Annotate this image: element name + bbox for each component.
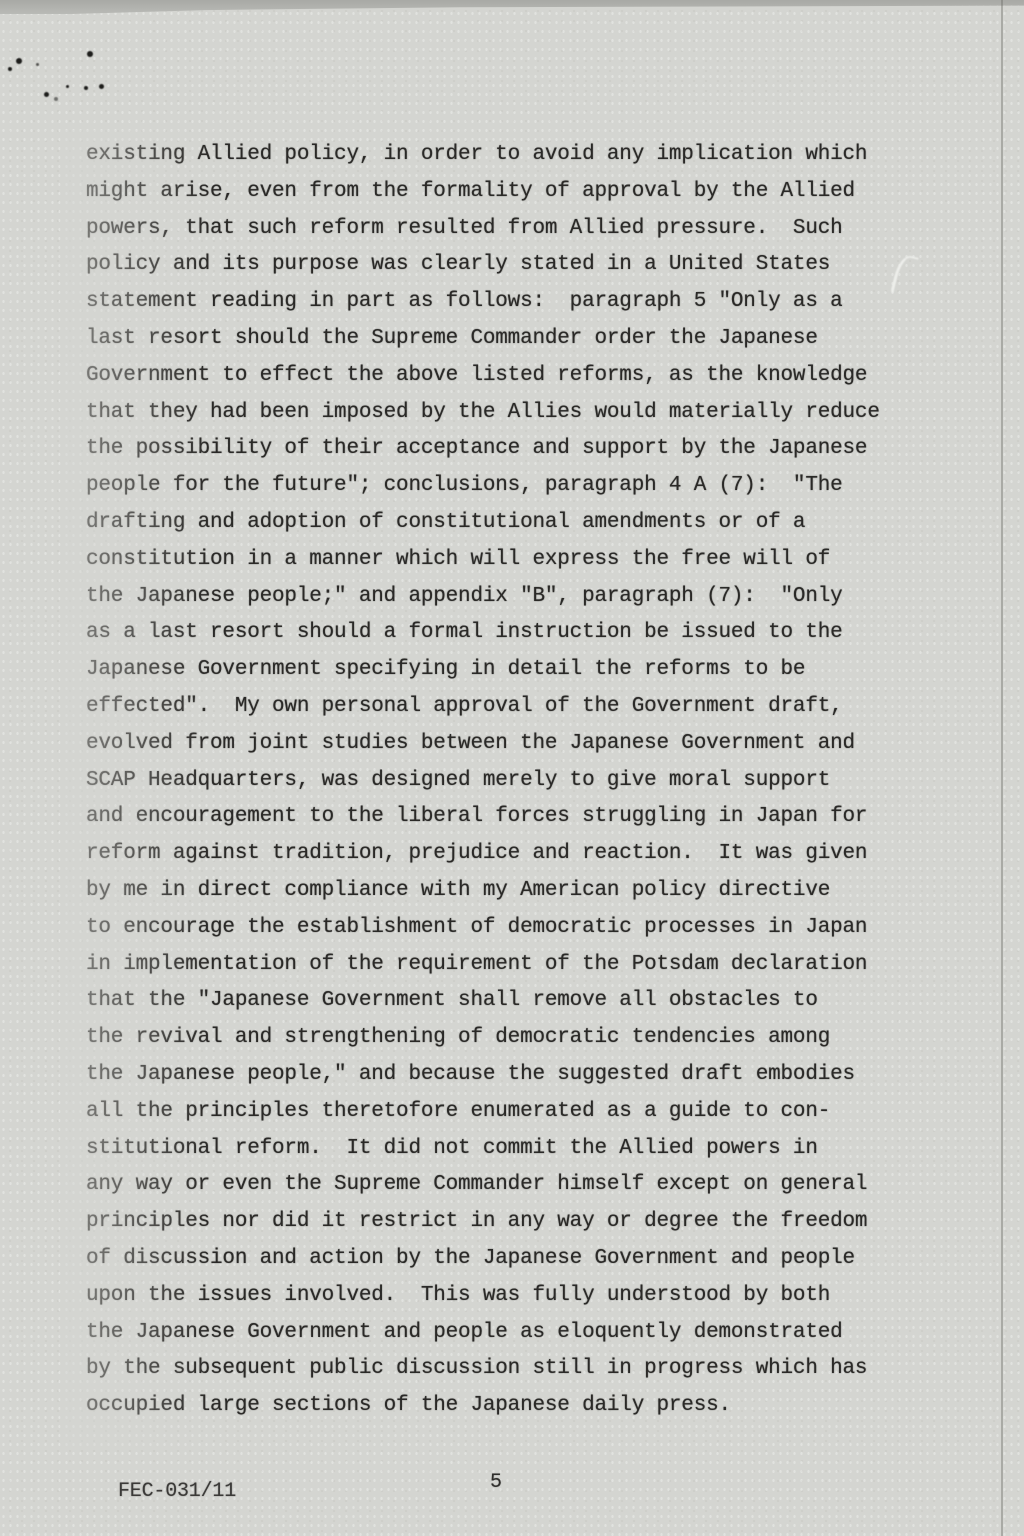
text-line: of discussion and action by the Japanese… bbox=[86, 1241, 966, 1278]
text-line: the Japanese people," and because the su… bbox=[86, 1057, 966, 1094]
speckle-dot bbox=[44, 92, 49, 97]
text-line: reform against tradition, prejudice and … bbox=[86, 836, 966, 873]
text-line: last resort should the Supreme Commander… bbox=[86, 321, 966, 358]
text-line: SCAP Headquarters, was designed merely t… bbox=[86, 763, 966, 800]
text-line: evolved from joint studies between the J… bbox=[86, 726, 966, 763]
text-line: that they had been imposed by the Allies… bbox=[86, 395, 966, 432]
speckle-dot bbox=[84, 86, 88, 90]
text-line: drafting and adoption of constitutional … bbox=[86, 505, 966, 542]
scanner-edge-shadow bbox=[0, 0, 1024, 14]
scanned-document-page: existing Allied policy, in order to avoi… bbox=[0, 0, 1024, 1536]
text-line: the Japanese Government and people as el… bbox=[86, 1315, 966, 1352]
text-line: the revival and strengthening of democra… bbox=[86, 1020, 966, 1057]
scan-artifact-line bbox=[1001, 0, 1003, 1536]
document-reference: FEC-031/11 bbox=[118, 1480, 236, 1503]
speckle-dot bbox=[16, 58, 22, 64]
speckle-dot bbox=[8, 67, 12, 71]
text-line: Government to effect the above listed re… bbox=[86, 358, 966, 395]
text-line: statement reading in part as follows: pa… bbox=[86, 284, 966, 321]
speckle-dot bbox=[54, 97, 58, 101]
text-line: and encouragement to the liberal forces … bbox=[86, 799, 966, 836]
text-line: all the principles theretofore enumerate… bbox=[86, 1094, 966, 1131]
text-line: upon the issues involved. This was fully… bbox=[86, 1278, 966, 1315]
text-line: any way or even the Supreme Commander hi… bbox=[86, 1167, 966, 1204]
text-line: the possibility of their acceptance and … bbox=[86, 431, 966, 468]
text-line: in implementation of the requirement of … bbox=[86, 947, 966, 984]
text-line: effected". My own personal approval of t… bbox=[86, 689, 966, 726]
text-line: existing Allied policy, in order to avoi… bbox=[86, 137, 966, 174]
text-line: stitutional reform. It did not commit th… bbox=[86, 1131, 966, 1168]
text-line: by me in direct compliance with my Ameri… bbox=[86, 873, 966, 910]
text-line: the Japanese people;" and appendix "B", … bbox=[86, 579, 966, 616]
speckle-dot bbox=[87, 51, 93, 57]
speckle-dot bbox=[99, 84, 104, 89]
document-text: existing Allied policy, in order to avoi… bbox=[86, 137, 966, 1425]
text-line: principles nor did it restrict in any wa… bbox=[86, 1204, 966, 1241]
text-line: constitution in a manner which will expr… bbox=[86, 542, 966, 579]
text-line: people for the future"; conclusions, par… bbox=[86, 468, 966, 505]
page-number: 5 bbox=[490, 1471, 502, 1494]
text-line: policy and its purpose was clearly state… bbox=[86, 247, 966, 284]
speckle-dot bbox=[36, 63, 39, 66]
text-line: might arise, even from the formality of … bbox=[86, 174, 966, 211]
text-line: occupied large sections of the Japanese … bbox=[86, 1388, 966, 1425]
text-line: by the subsequent public discussion stil… bbox=[86, 1351, 966, 1388]
text-line: as a last resort should a formal instruc… bbox=[86, 615, 966, 652]
speckle-dot bbox=[66, 85, 69, 88]
text-line: that the "Japanese Government shall remo… bbox=[86, 983, 966, 1020]
text-line: powers, that such reform resulted from A… bbox=[86, 211, 966, 248]
text-line: to encourage the establishment of democr… bbox=[86, 910, 966, 947]
text-line: Japanese Government specifying in detail… bbox=[86, 652, 966, 689]
